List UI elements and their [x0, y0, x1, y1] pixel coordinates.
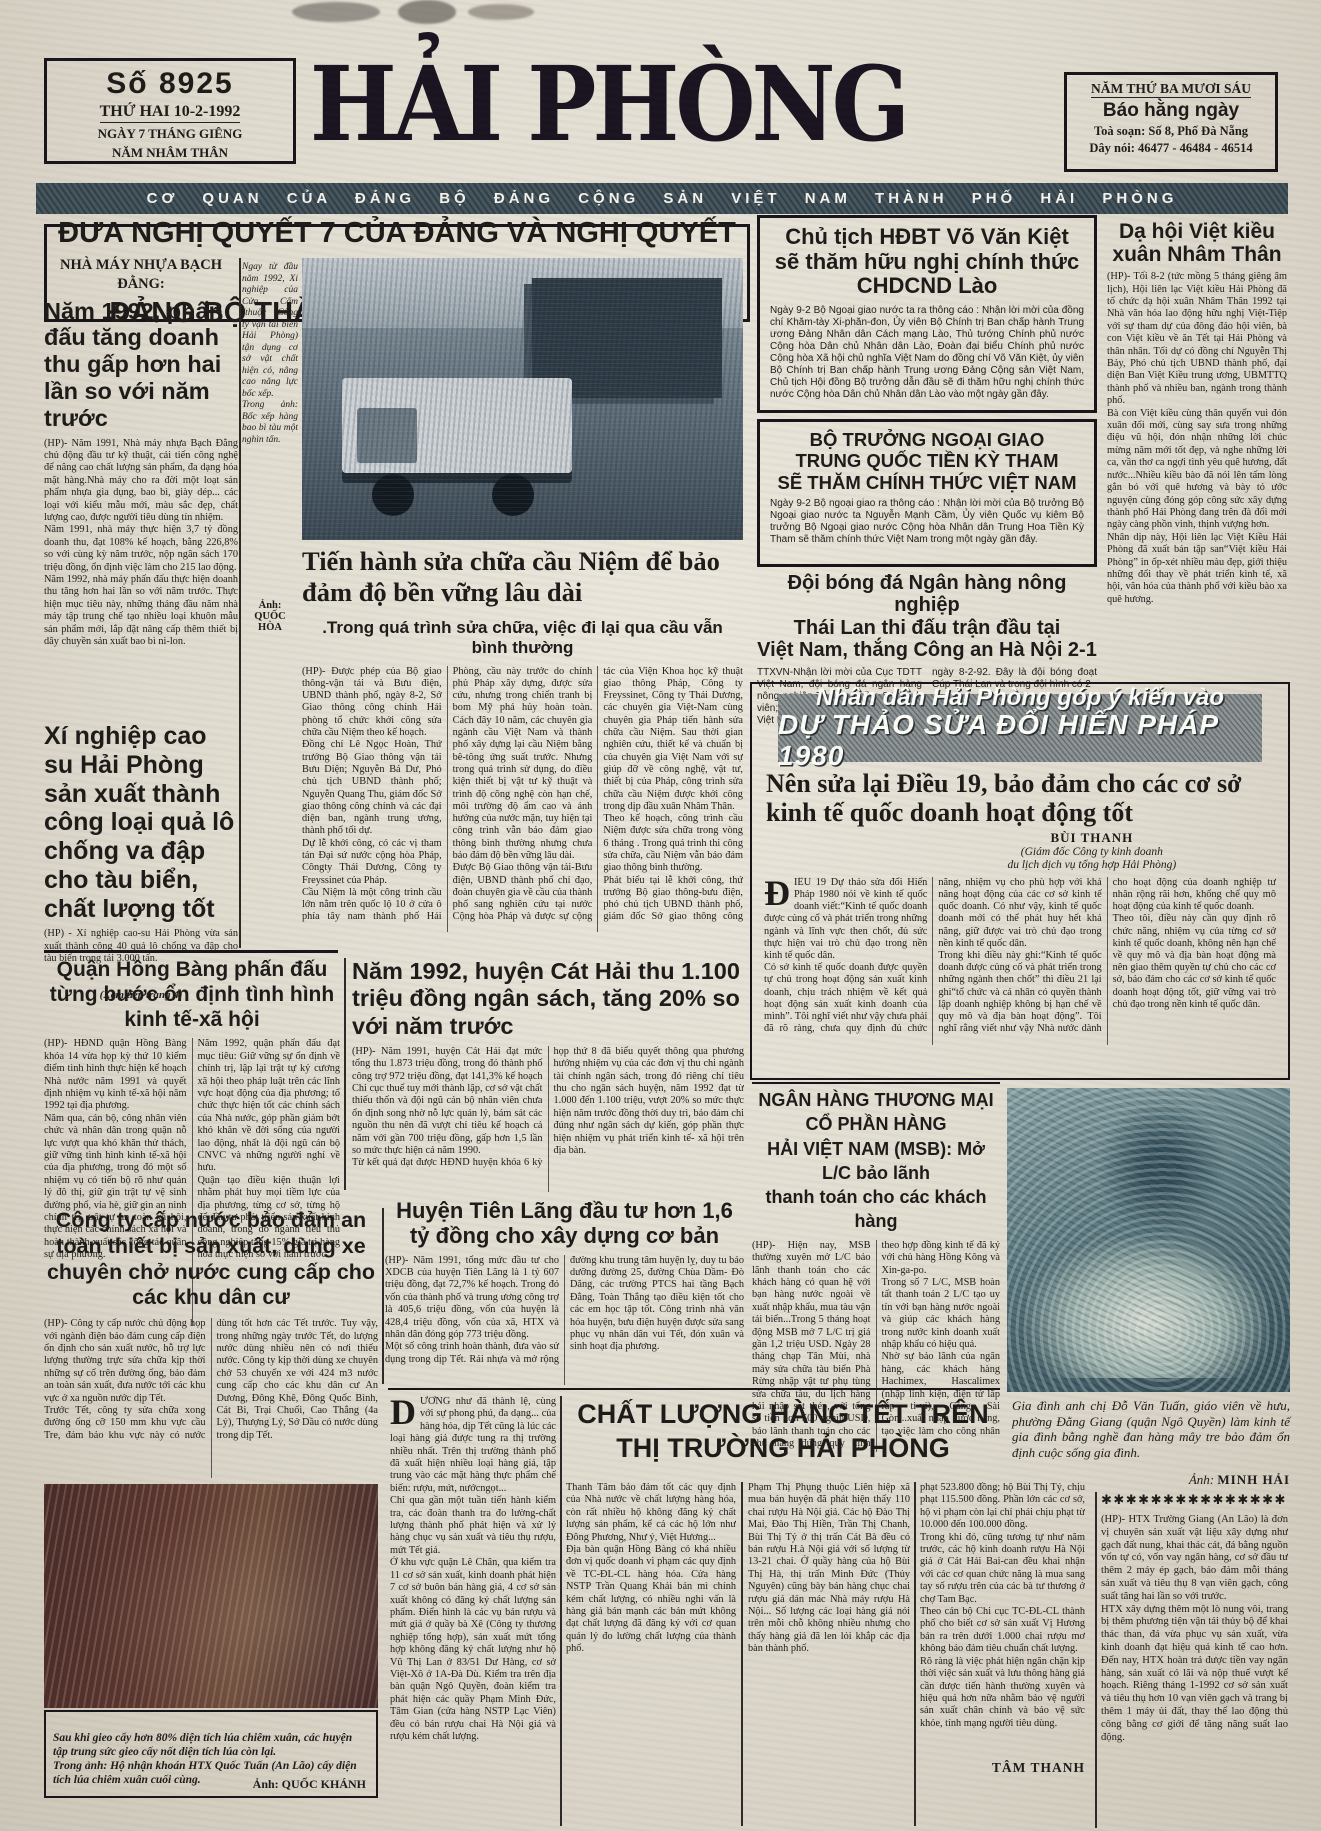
article-column: Thanh Tâm bảo đảm tốt các quy định của N…	[566, 1482, 736, 1826]
divider	[388, 1388, 1000, 1390]
column-rule	[1095, 1492, 1097, 1828]
banner-line-1: Nhân dân Hải Phòng góp ý kiến vào	[816, 685, 1224, 710]
author-name: BÙI THANH	[926, 830, 1258, 846]
lunar-year: NĂM NHÂM THÂN	[47, 145, 293, 161]
banner-line-2: DỰ THẢO SỬA ĐỔI HIẾN PHÁP 1980	[778, 710, 1262, 772]
ink-smudge	[398, 0, 456, 24]
divider	[44, 950, 338, 953]
office-address: Toà soạn: Số 8, Phố Đà Nẵng	[1067, 124, 1275, 139]
article-title: BỘ TRƯỞNG NGOẠI GIAO TRUNG QUỐC TIỀN KỲ …	[770, 429, 1084, 493]
article-nha-may-nhua: NHÀ MÁY NHỰA BẠCH ĐẰNG: Năm 1992, phấn đ…	[44, 256, 238, 718]
photo-grain	[302, 258, 743, 540]
issue-box: Số 8925 THỨ HAI 10-2-1992 NGÀY 7 THÁNG G…	[44, 58, 296, 164]
article-hien-phap: Nhân dân Hải Phòng góp ý kiến vào DỰ THẢ…	[750, 682, 1290, 1080]
article-title: Đội bóng đá Ngân hàng nông nghiệp Thái L…	[757, 572, 1097, 662]
article-cau-niem: Tiến hành sửa chữa cầu Niệm để bảo đảm đ…	[302, 546, 743, 932]
article-body: Ngày 9-2 Bộ ngoại giao ra thông cáo : Nh…	[770, 498, 1084, 560]
column-rule	[741, 1482, 743, 1826]
article-title: Dạ hội Việt kiều xuân Nhâm Thân	[1107, 220, 1287, 266]
ink-smudge	[292, 2, 380, 22]
issue-date: THỨ HAI 10-2-1992	[100, 103, 241, 123]
article-tien-lang: Huyện Tiên Lãng đầu tư hơn 1,6 tỷ đồng c…	[385, 1198, 744, 1385]
author-role: (Giám đốc Công ty kinh doanh du lịch dịc…	[926, 846, 1258, 872]
photo-rice-planting	[44, 1484, 378, 1708]
article-cat-hai: Năm 1992, huyện Cát Hải thu 1.100 triệu …	[352, 958, 744, 1192]
article-title: Quận Hồng Bàng phấn đấu từng bước ổn địn…	[44, 958, 340, 1032]
phone-numbers: Dây nói: 46477 - 46484 - 46514	[1067, 141, 1275, 156]
photo-dock-loading	[302, 258, 743, 540]
article-signature: TÂM THANH	[920, 1760, 1085, 1776]
photo-grain	[44, 1484, 378, 1708]
lunar-date: NGÀY 7 THÁNG GIÊNG	[47, 126, 293, 142]
ink-smudge	[468, 4, 534, 20]
article-title: Năm 1992, huyện Cát Hải thu 1.100 triệu …	[352, 958, 744, 1040]
star-separator: ✱✱✱✱✱✱✱✱✱✱✱✱✱✱✱	[1101, 1492, 1291, 1508]
article-subtitle: .Trong quá trình sửa chữa, việc đi lại q…	[302, 618, 743, 658]
daily-label: Báo hằng ngày	[1067, 100, 1275, 122]
photo-credit: Ảnh: QUỐC HÒA	[242, 600, 298, 633]
article-title: Công ty cấp nước bảo đảm an toàn thiết b…	[44, 1208, 378, 1311]
article-da-hoi-viet-kieu: Dạ hội Việt kiều xuân Nhâm Thân (HP)- Tố…	[1107, 220, 1287, 680]
article-vo-van-kiet: Chủ tịch HĐBT Võ Văn Kiệt sẽ thăm hữu ng…	[757, 215, 1097, 413]
article-body: (HP)- Được phép của Bộ giao thông-vận tả…	[302, 666, 743, 932]
article-body: (HP)- Công ty cấp nước chủ động họp với …	[44, 1318, 378, 1478]
photo-grain	[1007, 1088, 1290, 1392]
newspaper-title: HẢI PHÒNG	[298, 37, 918, 171]
photo-credit-name: MINH HẢI	[1217, 1472, 1290, 1487]
article-body: (HP)- Năm 1991, tổng mức đầu tư cho XDCB…	[385, 1255, 744, 1385]
photo-credit-label: Ảnh:	[1189, 1472, 1214, 1487]
photo-caption: Gia đình anh chị Đỗ Văn Tuấn, giáo viên …	[1012, 1398, 1290, 1460]
column-rule	[914, 1482, 916, 1826]
photo-caption: Ngay từ đầu năm 1992, Xí nghiệp của Cửa …	[242, 262, 298, 592]
article-body: (HP)- Tối 8-2 (tức mồng 5 tháng giêng âm…	[1107, 271, 1287, 671]
divider	[752, 1082, 1000, 1084]
photo-basket-weaving	[1007, 1088, 1290, 1392]
article-title: Nên sửa lại Điều 19, bảo đảm cho các cơ …	[766, 769, 1274, 828]
article-title: Xí nghiệp cao su Hải Phòng sản xuất thàn…	[44, 722, 238, 923]
article-column: Phạm Thị Phụng thuộc Liên hiệp xã mua bá…	[748, 1482, 910, 1826]
article-column: phạt 523.800 đồng; hộ Bùi Thị Tý, chịu p…	[920, 1482, 1085, 1754]
article-title: Tiến hành sửa chữa cầu Niệm để bảo đảm đ…	[302, 546, 743, 609]
publisher-box: NĂM THỨ BA MƯƠI SÁU Báo hằng ngày Toà so…	[1064, 72, 1278, 172]
article-body: (HP)- Năm 1991, Nhà máy nhựa Bạch Đằng c…	[44, 438, 238, 718]
article-kicker: NHÀ MÁY NHỰA BẠCH ĐẰNG:	[44, 256, 238, 294]
article-title-hang-tet: CHẤT LƯỢNG HÀNG TẾT TRÊN THỊ TRƯỜNG HẢI …	[566, 1398, 1000, 1466]
photo-credit: Ảnh: QUỐC KHÁNH	[253, 1777, 366, 1791]
article-body: (HP)- Năm 1991, huyện Cát Hải đạt mức tổ…	[352, 1046, 744, 1192]
article-tien-ky-tham: BỘ TRƯỞNG NGOẠI GIAO TRUNG QUỐC TIỀN KỲ …	[757, 419, 1097, 567]
article-hang-tet-lead: DƯỜNG như đã thành lệ, cùng với sự phong…	[390, 1396, 556, 1824]
article-title: Huyện Tiên Lãng đầu tư hơn 1,6 tỷ đồng c…	[385, 1198, 744, 1249]
article-truong-giang: (HP)- HTX Trường Giang (An Lão) là đơn v…	[1101, 1514, 1288, 1828]
byline: BÙI THANH (Giám đốc Công ty kinh doanh d…	[926, 830, 1258, 872]
article-body: Ngày 9-2 Bộ Ngoại giao nước ta ra thông …	[770, 305, 1084, 423]
column-rule	[344, 958, 346, 1190]
photo-caption-box: Sau khi gieo cấy hơn 80% diện tích lúa c…	[44, 1710, 378, 1798]
article-title: NGÂN HÀNG THƯƠNG MẠI CỔ PHẦN HÀNG HẢI VI…	[752, 1088, 1000, 1234]
series-banner: Nhân dân Hải Phòng góp ý kiến vào DỰ THẢ…	[778, 694, 1262, 762]
column-rule	[239, 258, 241, 948]
newspaper-page: Số 8925 THỨ HAI 10-2-1992 NGÀY 7 THÁNG G…	[0, 0, 1321, 1831]
article-title: Chủ tịch HĐBT Võ Văn Kiệt sẽ thăm hữu ng…	[770, 225, 1084, 299]
column-rule	[382, 1208, 384, 1384]
article-cap-nuoc: Công ty cấp nước bảo đảm an toàn thiết b…	[44, 1208, 378, 1478]
article-body: ĐIỀU 19 Dự thảo sửa đổi Hiến Pháp 1980 n…	[764, 877, 1276, 1045]
publication-year: NĂM THỨ BA MƯƠI SÁU	[1091, 81, 1251, 98]
organ-banner: CƠ QUAN CỦA ĐẢNG BỘ ĐẢNG CỘNG SẢN VIỆT N…	[36, 183, 1288, 214]
column-rule	[560, 1396, 562, 1826]
issue-number: Số 8925	[47, 67, 293, 101]
article-title: Năm 1992, phấn đấu tăng doanh thu gấp hơ…	[44, 298, 238, 432]
